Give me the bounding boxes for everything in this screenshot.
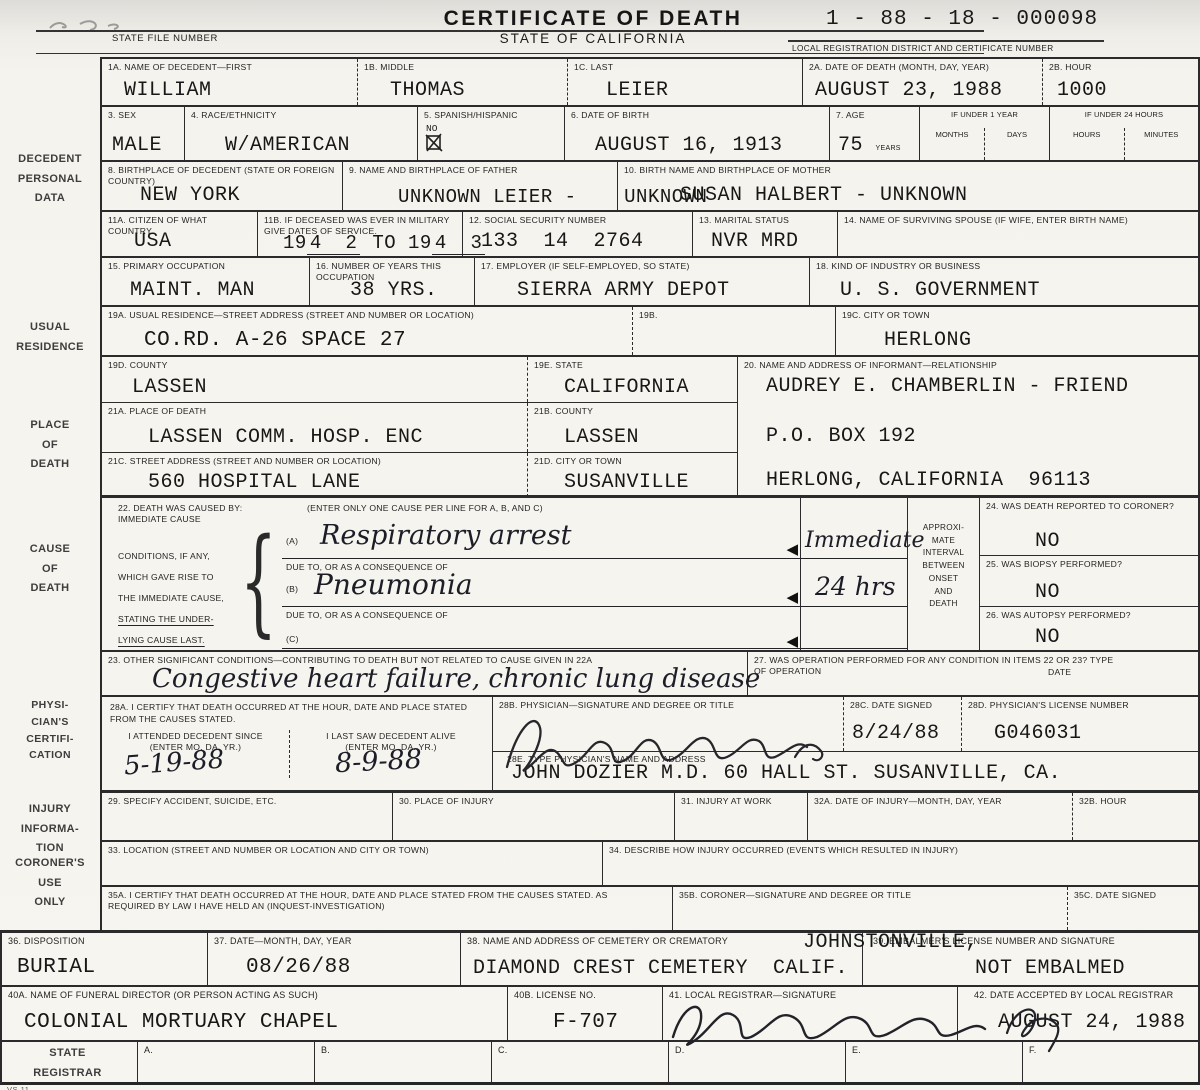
field-1b-label: 1B. MIDDLE — [364, 62, 561, 73]
registrar-cell-b: B. — [314, 1042, 491, 1082]
field-19e-state: 19E. STATE CALIFORNIA — [527, 357, 737, 402]
field-18-industry: 18. KIND OF INDUSTRY OR BUSINESS U. S. G… — [809, 258, 1198, 305]
registrar-signature — [655, 991, 1125, 1059]
cause-line-b-rule — [282, 606, 800, 607]
field-35b-label: 35B. CORONER—SIGNATURE AND DEGREE OR TIT… — [679, 890, 1061, 901]
field-22-cause-of-death: 22. DEATH WAS CAUSED BY: (ENTER ONLY ONE… — [102, 498, 800, 650]
field-36-label: 36. DISPOSITION — [8, 936, 201, 948]
field-17-value: SIERRA ARMY DEPOT — [517, 279, 730, 302]
field-30-place-of-injury: 30. PLACE OF INJURY — [392, 793, 674, 840]
field-16-years-occupation: 16. NUMBER OF YEARS THIS OCCUPATION 38 Y… — [309, 258, 474, 305]
field-3-value: MALE — [112, 134, 162, 157]
row-disposition: 36. DISPOSITION BURIAL 37. DATE—MONTH, D… — [0, 930, 1200, 985]
row-cause-of-death: 22. DEATH WAS CAUSED BY: (ENTER ONLY ONE… — [0, 495, 1200, 650]
field-12-label: 12. SOCIAL SECURITY NUMBER — [469, 215, 686, 226]
field-2a-value: AUGUST 23, 1988 — [815, 79, 1003, 102]
under-1-year-label: IF UNDER 1 YEAR — [920, 107, 1049, 119]
field-20-informant: 20. NAME AND ADDRESS OF INFORMANT—RELATI… — [737, 357, 1198, 495]
field-32b-hour: 32B. HOUR — [1072, 793, 1198, 840]
cause-line-c-rule — [282, 648, 800, 649]
field-22-immediate-cause-label: IMMEDIATE CAUSE — [118, 514, 201, 525]
cause-line-a-value: Respiratory arrest — [320, 520, 572, 551]
field-19c-value: HERLONG — [884, 329, 972, 352]
field-7-age: 7. AGE 75 YEARS — [829, 107, 919, 160]
form-code: VS 11 — [7, 1085, 29, 1090]
field-19b-label: 19B. — [639, 310, 829, 321]
field-21b-value: LASSEN — [564, 426, 639, 449]
form-grid: 1A. NAME OF DECEDENT—FIRST WILLIAM 1B. M… — [0, 57, 1200, 1085]
field-6-label: 6. DATE OF BIRTH — [571, 110, 823, 121]
field-32b-label: 32B. HOUR — [1079, 796, 1192, 807]
row-occupation: 15. PRIMARY OCCUPATION MAINT. MAN 16. NU… — [0, 256, 1200, 305]
field-8-value: NEW YORK — [140, 184, 240, 207]
row-birthplace-parents: 8. BIRTHPLACE OF DECEDENT (STATE OR FORE… — [0, 160, 1200, 210]
field-23-value: Congestive heart failure, chronic lung d… — [152, 664, 760, 694]
field-7-age-number: 75 — [838, 134, 863, 157]
field-20-name: AUDREY E. CHAMBERLIN - FRIEND — [766, 375, 1129, 398]
row-county-state: 19D. COUNTY LASSEN 19E. STATE CALIFORNIA — [102, 357, 737, 402]
field-17-label: 17. EMPLOYER (IF SELF-EMPLOYED, SO STATE… — [481, 261, 803, 272]
coroner-questions-column: 24. WAS DEATH REPORTED TO CORONER? NO 25… — [979, 498, 1198, 650]
field-36-value: BURIAL — [17, 956, 96, 979]
field-32a-label: 32A. DATE OF INJURY—MONTH, DAY, YEAR — [814, 796, 1066, 807]
field-9-label: 9. NAME AND BIRTHPLACE OF FATHER — [349, 165, 611, 176]
registrar-cell-c-label: C. — [498, 1045, 662, 1057]
row-decedent-name: 1A. NAME OF DECEDENT—FIRST WILLIAM 1B. M… — [0, 57, 1200, 105]
field-40b-label: 40B. LICENSE NO. — [514, 990, 656, 1002]
registrar-cell-a-label: A. — [144, 1045, 308, 1057]
page-subtitle: STATE OF CALIFORNIA — [418, 31, 768, 46]
field-19e-label: 19E. STATE — [534, 360, 731, 371]
field-6-date-of-birth: 6. DATE OF BIRTH AUGUST 16, 1913 — [564, 107, 829, 160]
field-25-biopsy: 25. WAS BIOPSY PERFORMED? NO — [980, 555, 1198, 606]
under-1-year-months-label: MONTHS — [920, 128, 984, 160]
field-24-reported-to-coroner: 24. WAS DEATH REPORTED TO CORONER? NO — [980, 498, 1198, 555]
page-title: CERTIFICATE OF DEATH — [418, 7, 768, 31]
death-certificate-sheet: STATE FILE NUMBER CERTIFICATE OF DEATH S… — [0, 0, 1200, 1090]
field-23-other-conditions: 23. OTHER SIGNIFICANT CONDITIONS—CONTRIB… — [102, 652, 747, 695]
field-7-age-unit: YEARS — [876, 145, 901, 152]
field-32a-date-of-injury: 32A. DATE OF INJURY—MONTH, DAY, YEAR — [807, 793, 1072, 840]
interval-c-rule — [801, 648, 907, 649]
field-3-sex: 3. SEX MALE — [102, 107, 184, 160]
field-28a-certify-text: 28A. I CERTIFY THAT DEATH OCCURRED AT TH… — [102, 697, 487, 730]
brace-icon: { — [240, 524, 277, 640]
field-21d-value: SUSANVILLE — [564, 471, 689, 494]
attended-since-value: 5-19-88 — [123, 744, 225, 781]
under-24-hours-label: IF UNDER 24 HOURS — [1050, 107, 1198, 119]
field-19a-label: 19A. USUAL RESIDENCE—STREET ADDRESS (STR… — [108, 310, 626, 321]
field-38-cemetery: 38. NAME AND ADDRESS OF CEMETERY OR CREM… — [460, 933, 862, 985]
field-31-label: 31. INJURY AT WORK — [681, 796, 801, 807]
field-28d-license-number: 28D. PHYSICIAN'S LICENSE NUMBER G046031 — [961, 697, 1198, 751]
attended-row: I ATTENDED DECEDENT SINCE (ENTER MO. DA.… — [102, 730, 492, 778]
field-2b-hour: 2B. HOUR 1000 — [1042, 59, 1198, 105]
field-age-under-24-hours: IF UNDER 24 HOURS HOURS MINUTES — [1049, 107, 1198, 160]
field-19c-label: 19C. CITY OR TOWN — [842, 310, 1192, 321]
last-saw-alive-value: 8-9-88 — [334, 744, 422, 780]
physician-signature — [495, 705, 840, 787]
field-20-label: 20. NAME AND ADDRESS OF INFORMANT—RELATI… — [738, 357, 1198, 374]
field-20-address-line1: P.O. BOX 192 — [766, 425, 916, 448]
field-31-injury-at-work: 31. INJURY AT WORK — [674, 793, 807, 840]
under-24-hours-hours-label: HOURS — [1050, 128, 1124, 160]
row-citizen-military-ssn: 11A. CITIZEN OF WHAT COUNTRY USA 11B. IF… — [0, 210, 1200, 256]
row-sex-race-birth: 3. SEX MALE 4. RACE/ETHNICITY W/AMERICAN… — [0, 105, 1200, 160]
field-35a-label: 35A. I CERTIFY THAT DEATH OCCURRED AT TH… — [108, 890, 648, 912]
field-37-label: 37. DATE—MONTH, DAY, YEAR — [214, 936, 454, 948]
field-18-label: 18. KIND OF INDUSTRY OR BUSINESS — [816, 261, 1192, 272]
field-13-label: 13. MARITAL STATUS — [699, 215, 831, 226]
field-2b-value: 1000 — [1057, 79, 1107, 102]
field-15-value: MAINT. MAN — [130, 279, 255, 302]
field-20-address-line2: HERLONG, CALIFORNIA 96113 — [766, 469, 1091, 492]
local-registration-label: LOCAL REGISTRATION DISTRICT AND CERTIFIC… — [792, 44, 1054, 53]
field-15-label: 15. PRIMARY OCCUPATION — [108, 261, 303, 272]
arrow-left-icon: ◀ — [786, 634, 798, 649]
row-other-conditions: 23. OTHER SIGNIFICANT CONDITIONS—CONTRIB… — [0, 650, 1200, 695]
cause-line-b-value: Pneumonia — [314, 568, 473, 601]
field-29-accident-suicide: 29. SPECIFY ACCIDENT, SUICIDE, ETC. — [102, 793, 392, 840]
field-21c-label: 21C. STREET ADDRESS (STREET AND NUMBER O… — [108, 456, 521, 467]
field-36-disposition: 36. DISPOSITION BURIAL — [2, 933, 207, 985]
field-15-occupation: 15. PRIMARY OCCUPATION MAINT. MAN — [102, 258, 309, 305]
field-16-value: 38 YRS. — [350, 279, 438, 302]
field-34-how-injury-occurred: 34. DESCRIBE HOW INJURY OCCURRED (EVENTS… — [602, 842, 1198, 885]
cause-line-b-tag: (B) — [286, 584, 298, 595]
interval-b-value: 24 hrs — [815, 572, 896, 601]
certificate-number: 1 - 88 - 18 - 000098 — [826, 8, 1098, 31]
under-24-hours-minutes-label: MINUTES — [1124, 128, 1199, 160]
field-35c-date-signed: 35C. DATE SIGNED — [1067, 887, 1198, 930]
field-10-label: 10. BIRTH NAME AND BIRTHPLACE OF MOTHER — [624, 165, 1192, 176]
physician-left-column: 28A. I CERTIFY THAT DEATH OCCURRED AT TH… — [102, 697, 492, 790]
field-19d-value: LASSEN — [132, 376, 207, 399]
registrar-cell-c: C. — [491, 1042, 668, 1082]
military-year-1: 4 2 — [307, 232, 361, 255]
field-1a-label: 1A. NAME OF DECEDENT—FIRST — [108, 62, 351, 73]
field-age-under-1-year: IF UNDER 1 YEAR MONTHS DAYS — [919, 107, 1049, 160]
field-24-value: NO — [1035, 530, 1060, 553]
field-6-value: AUGUST 16, 1913 — [595, 134, 783, 157]
state-registrar-label-cell — [2, 1042, 137, 1082]
field-19b: 19B. — [632, 307, 835, 355]
field-28d-label: 28D. PHYSICIAN'S LICENSE NUMBER — [968, 700, 1192, 711]
field-3-label: 3. SEX — [108, 110, 178, 121]
state-file-number-line-2 — [36, 53, 984, 54]
field-8-birthplace: 8. BIRTHPLACE OF DECEDENT (STATE OR FORE… — [102, 162, 342, 210]
field-21c-value: 560 HOSPITAL LANE — [148, 471, 361, 494]
cause-line-a-tag: (A) — [286, 536, 298, 547]
row-place-of-death: 21A. PLACE OF DEATH LASSEN COMM. HOSP. E… — [102, 402, 737, 452]
field-21b-county: 21B. COUNTY LASSEN — [527, 403, 737, 452]
field-38-value: DIAMOND CREST CEMETERY CALIF. — [473, 957, 848, 980]
field-21c-street: 21C. STREET ADDRESS (STREET AND NUMBER O… — [102, 453, 527, 497]
field-41-local-registrar-signature: 41. LOCAL REGISTRAR—SIGNATURE — [662, 987, 957, 1040]
field-1b-value: THOMAS — [390, 79, 465, 102]
field-27-operation: 27. WAS OPERATION PERFORMED FOR ANY COND… — [747, 652, 1198, 695]
field-26-value: NO — [1035, 626, 1060, 649]
field-10-value: SUSAN HALBERT - UNKNOWN — [680, 184, 968, 207]
cause-line-c-tag: (C) — [286, 634, 299, 645]
field-12-value: 133 14 2764 — [481, 230, 644, 253]
under-1-year-days-label: DAYS — [984, 128, 1049, 160]
field-26-label: 26. WAS AUTOPSY PERFORMED? — [980, 607, 1198, 624]
certificate-number-line — [788, 40, 1104, 42]
field-35c-label: 35C. DATE SIGNED — [1074, 890, 1192, 901]
residence-place-column: 19D. COUNTY LASSEN 19E. STATE CALIFORNIA… — [102, 357, 737, 495]
field-21a-place-of-death: 21A. PLACE OF DEATH LASSEN COMM. HOSP. E… — [102, 403, 527, 452]
field-13-marital-status: 13. MARITAL STATUS NVR MRD — [692, 212, 837, 256]
field-21a-label: 21A. PLACE OF DEATH — [108, 406, 521, 417]
field-21d-label: 21D. CITY OR TOWN — [534, 456, 731, 467]
field-21a-value: LASSEN COMM. HOSP. ENC — [148, 426, 423, 449]
field-40a-value: COLONIAL MORTUARY CHAPEL — [24, 1011, 338, 1034]
field-7-label: 7. AGE — [836, 110, 913, 121]
field-4-race: 4. RACE/ETHNICITY W/AMERICAN — [184, 107, 417, 160]
field-1c-name-last: 1C. LAST LEIER — [567, 59, 802, 105]
field-40b-license-no: 40B. LICENSE NO. F-707 — [507, 987, 662, 1040]
field-9-father: 9. NAME AND BIRTHPLACE OF FATHER UNKNOWN… — [342, 162, 617, 210]
field-11b-value: 194 2 TO 194 3 — [283, 232, 485, 254]
arrow-left-icon: ◀ — [786, 590, 798, 605]
interval-b-rule — [801, 606, 907, 607]
field-5-label: 5. SPANISH/HISPANIC — [424, 110, 558, 121]
field-4-label: 4. RACE/ETHNICITY — [191, 110, 411, 121]
arrow-left-icon: ◀ — [786, 542, 798, 557]
field-38-overtyped-city: JOHNSTONVILLE, — [803, 931, 978, 954]
field-7-value: 75 YEARS — [838, 134, 901, 157]
field-1b-name-middle: 1B. MIDDLE THOMAS — [357, 59, 567, 105]
field-2a-date-of-death: 2A. DATE OF DEATH (MONTH, DAY, YEAR) AUG… — [802, 59, 1042, 105]
field-11a-value: USA — [134, 230, 172, 253]
field-1a-value: WILLIAM — [124, 79, 212, 102]
physician-right-column: 28B. PHYSICIAN—SIGNATURE AND DEGREE OR T… — [492, 697, 1198, 790]
field-29-label: 29. SPECIFY ACCIDENT, SUICIDE, ETC. — [108, 796, 386, 807]
registrar-cell-a: A. — [137, 1042, 314, 1082]
field-17-employer: 17. EMPLOYER (IF SELF-EMPLOYED, SO STATE… — [474, 258, 809, 305]
field-25-label: 25. WAS BIOPSY PERFORMED? — [980, 556, 1198, 573]
field-13-value: NVR MRD — [711, 230, 799, 253]
field-28c-label: 28C. DATE SIGNED — [850, 700, 955, 711]
approximate-interval-column: APPROXI- MATE INTERVAL BETWEEN ONSET AND… — [907, 498, 979, 650]
field-21d-city: 21D. CITY OR TOWN SUSANVILLE — [527, 453, 737, 497]
row-residence-street: 19A. USUAL RESIDENCE—STREET ADDRESS (STR… — [0, 305, 1200, 355]
field-39-value: NOT EMBALMED — [975, 957, 1125, 980]
field-2b-label: 2B. HOUR — [1049, 62, 1192, 73]
row-coroner-certification: 35A. I CERTIFY THAT DEATH OCCURRED AT TH… — [0, 885, 1200, 930]
field-40a-funeral-director: 40A. NAME OF FUNERAL DIRECTOR (OR PERSON… — [2, 987, 507, 1040]
field-28a-attended-since: I ATTENDED DECEDENT SINCE (ENTER MO. DA.… — [102, 730, 289, 778]
field-11a-label: 11A. CITIZEN OF WHAT COUNTRY — [108, 215, 251, 237]
field-19a-value: CO.RD. A-26 SPACE 27 — [144, 329, 406, 352]
row-injury-location: 33. LOCATION (STREET AND NUMBER OR LOCAT… — [0, 840, 1200, 885]
field-19d-county: 19D. COUNTY LASSEN — [102, 357, 527, 402]
field-19a-residence-street: 19A. USUAL RESIDENCE—STREET ADDRESS (STR… — [102, 307, 632, 355]
field-35a-coroner-certify: 35A. I CERTIFY THAT DEATH OCCURRED AT TH… — [102, 887, 672, 930]
field-35b-coroner-signature: 35B. CORONER—SIGNATURE AND DEGREE OR TIT… — [672, 887, 1067, 930]
field-28b-physician-signature: 28B. PHYSICIAN—SIGNATURE AND DEGREE OR T… — [493, 697, 843, 751]
field-11a-citizen: 11A. CITIZEN OF WHAT COUNTRY USA — [102, 212, 257, 256]
field-22-label: 22. DEATH WAS CAUSED BY: — [118, 503, 242, 514]
field-24-label: 24. WAS DEATH REPORTED TO CORONER? — [980, 498, 1198, 515]
field-10-mother: 10. BIRTH NAME AND BIRTHPLACE OF MOTHER … — [617, 162, 1198, 210]
field-22-conditions-text-underlined: STATING THE UNDER- LYING CAUSE LAST. — [118, 609, 214, 651]
field-28d-value: G046031 — [994, 722, 1082, 745]
row-death-street: 21C. STREET ADDRESS (STREET AND NUMBER O… — [102, 452, 737, 497]
military-prefix-1: 19 — [283, 232, 307, 254]
field-2a-label: 2A. DATE OF DEATH (MONTH, DAY, YEAR) — [809, 62, 1036, 73]
row-county-place-informant: 19D. COUNTY LASSEN 19E. STATE CALIFORNIA… — [0, 355, 1200, 495]
row-funeral-registrar: 40A. NAME OF FUNERAL DIRECTOR (OR PERSON… — [0, 985, 1200, 1040]
field-40a-label: 40A. NAME OF FUNERAL DIRECTOR (OR PERSON… — [8, 990, 501, 1002]
field-1a-name-first: 1A. NAME OF DECEDENT—FIRST WILLIAM — [102, 59, 357, 105]
field-19e-value: CALIFORNIA — [564, 376, 689, 399]
field-37-disposition-date: 37. DATE—MONTH, DAY, YEAR 08/26/88 — [207, 933, 460, 985]
field-28c-date-signed: 28C. DATE SIGNED 8/24/88 — [843, 697, 961, 751]
field-19d-label: 19D. COUNTY — [108, 360, 521, 371]
field-38-label: 38. NAME AND ADDRESS OF CEMETERY OR CREM… — [467, 936, 856, 948]
field-1c-label: 1C. LAST — [574, 62, 796, 73]
interval-a-rule — [801, 558, 907, 559]
physician-signature-row: 28B. PHYSICIAN—SIGNATURE AND DEGREE OR T… — [493, 697, 1198, 751]
field-11b-military-service: 11B. IF DECEASED WAS EVER IN MILITARY GI… — [257, 212, 462, 256]
field-40b-value: F-707 — [553, 1011, 619, 1034]
field-28c-value: 8/24/88 — [852, 722, 940, 745]
field-18-value: U. S. GOVERNMENT — [840, 279, 1040, 302]
field-30-label: 30. PLACE OF INJURY — [399, 796, 668, 807]
field-4-value: W/AMERICAN — [225, 134, 350, 157]
spanish-hispanic-checkbox — [425, 133, 443, 153]
field-25-value: NO — [1035, 581, 1060, 604]
field-22-conditions-text: CONDITIONS, IF ANY, WHICH GAVE RISE TO T… — [118, 546, 224, 609]
interval-values-column: Immediate 24 hrs — [800, 498, 907, 650]
field-1c-value: LEIER — [606, 79, 669, 102]
field-5-spanish-hispanic: 5. SPANISH/HISPANIC NO — [417, 107, 564, 160]
field-33-label: 33. LOCATION (STREET AND NUMBER OR LOCAT… — [108, 845, 596, 856]
field-12-ssn: 12. SOCIAL SECURITY NUMBER 133 14 2764 — [462, 212, 692, 256]
field-19c-city: 19C. CITY OR TOWN HERLONG — [835, 307, 1198, 355]
field-37-value: 08/26/88 — [246, 956, 351, 979]
field-33-location: 33. LOCATION (STREET AND NUMBER OR LOCAT… — [102, 842, 602, 885]
state-file-number-label: STATE FILE NUMBER — [112, 33, 218, 44]
field-21b-label: 21B. COUNTY — [534, 406, 731, 417]
field-14-label: 14. NAME OF SURVIVING SPOUSE (IF WIFE, E… — [844, 215, 1192, 226]
military-prefix-2: TO 19 — [372, 232, 432, 254]
field-28a-last-saw-alive: I LAST SAW DECEDENT ALIVE (ENTER MO. DA.… — [289, 730, 492, 778]
row-injury-top: 29. SPECIFY ACCIDENT, SUICIDE, ETC. 30. … — [0, 790, 1200, 840]
approximate-interval-label: APPROXI- MATE INTERVAL BETWEEN ONSET AND… — [908, 498, 979, 611]
field-14-surviving-spouse: 14. NAME OF SURVIVING SPOUSE (IF WIFE, E… — [837, 212, 1198, 256]
field-22-note: (ENTER ONLY ONE CAUSE PER LINE FOR A, B,… — [307, 503, 543, 514]
row-physician-certification: 28A. I CERTIFY THAT DEATH OCCURRED AT TH… — [0, 695, 1200, 790]
cause-line-a-rule — [282, 558, 800, 559]
field-26-autopsy: 26. WAS AUTOPSY PERFORMED? NO — [980, 606, 1198, 650]
registrar-cell-b-label: B. — [321, 1045, 485, 1057]
field-27-date-label: DATE — [1048, 667, 1071, 678]
cause-line-b-due-label: DUE TO, OR AS A CONSEQUENCE OF — [286, 610, 448, 621]
field-34-label: 34. DESCRIBE HOW INJURY OCCURRED (EVENTS… — [609, 845, 1192, 856]
